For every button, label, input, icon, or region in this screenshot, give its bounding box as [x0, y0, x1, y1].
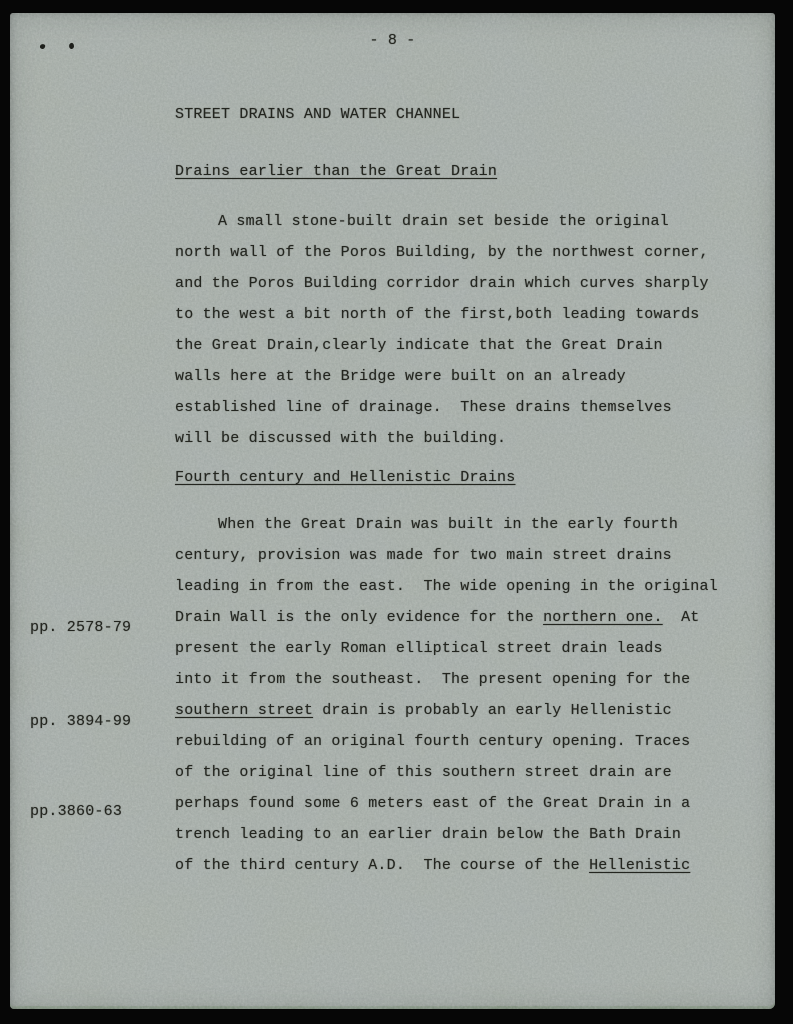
section-heading-earlier-drains: Drains earlier than the Great Drain — [175, 156, 497, 187]
scanned-page: - 8 - STREET DRAINS AND WATER CHANNEL Dr… — [0, 0, 793, 1024]
text-line: perhaps found some 6 meters east of the … — [175, 788, 718, 819]
text-line: When the Great Drain was built in the ea… — [175, 509, 718, 540]
text-line: present the early Roman elliptical stree… — [175, 633, 718, 664]
text-line: A small stone-built drain set beside the… — [175, 206, 709, 237]
text-line: century, provision was made for two main… — [175, 540, 718, 571]
text-line: of the third century A.D. The course of … — [175, 850, 718, 881]
text-line: of the original line of this southern st… — [175, 757, 718, 788]
margin-note: pp. 2578-79 — [30, 612, 131, 643]
text-line: to the west a bit north of the first,bot… — [175, 299, 709, 330]
text-line: the Great Drain,clearly indicate that th… — [175, 330, 709, 361]
paragraph-fourth-century: When the Great Drain was built in the ea… — [175, 509, 718, 881]
paper: - 8 - STREET DRAINS AND WATER CHANNEL Dr… — [10, 13, 775, 1009]
text-line: into it from the southeast. The present … — [175, 664, 718, 695]
underlined-text: northern one. — [543, 609, 663, 626]
text-line: walls here at the Bridge were built on a… — [175, 361, 709, 392]
text-segment: At — [663, 609, 700, 626]
text-line: leading in from the east. The wide openi… — [175, 571, 718, 602]
text-line: trench leading to an earlier drain below… — [175, 819, 718, 850]
underlined-text: southern street — [175, 702, 313, 719]
text-line: Drain Wall is the only evidence for the … — [175, 602, 718, 633]
text-line: established line of drainage. These drai… — [175, 392, 709, 423]
text-line: will be discussed with the building. — [175, 423, 709, 454]
text-line: southern street drain is probably an ear… — [175, 695, 718, 726]
text-segment: of the third century A.D. The course of … — [175, 857, 589, 874]
text-line: north wall of the Poros Building, by the… — [175, 237, 709, 268]
margin-note: pp. 3894-99 — [30, 706, 131, 737]
section-heading-fourth-century: Fourth century and Hellenistic Drains — [175, 462, 515, 493]
document-title: STREET DRAINS AND WATER CHANNEL — [175, 99, 460, 130]
paragraph-earlier-drains: A small stone-built drain set beside the… — [175, 206, 709, 454]
page-number: - 8 - — [10, 25, 775, 56]
text-line: rebuilding of an original fourth century… — [175, 726, 718, 757]
underlined-text: Hellenistic — [589, 857, 690, 874]
text-line: and the Poros Building corridor drain wh… — [175, 268, 709, 299]
text-segment: Drain Wall is the only evidence for the — [175, 609, 543, 626]
margin-note: pp.3860-63 — [30, 796, 122, 827]
text-segment: drain is probably an early Hellenistic — [313, 702, 672, 719]
